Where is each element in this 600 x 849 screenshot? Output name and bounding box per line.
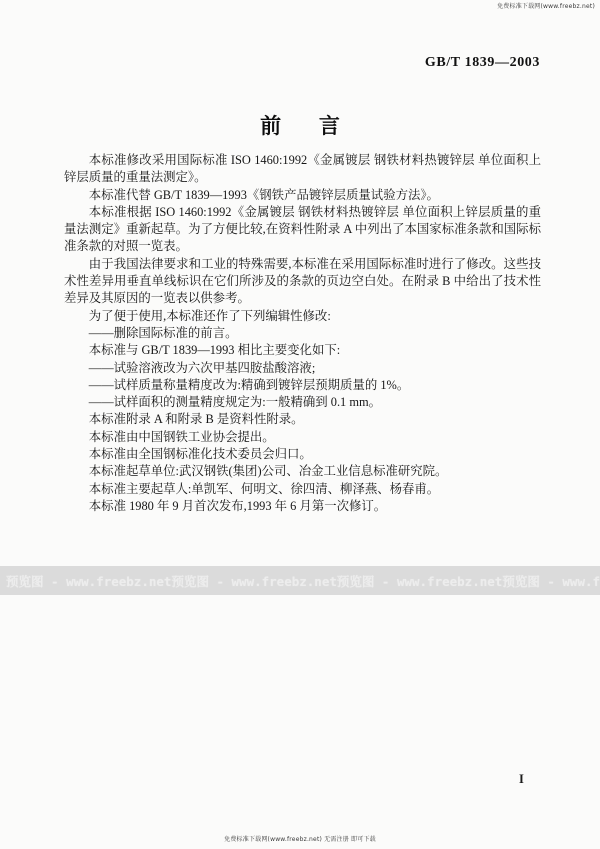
foreword-paragraph: 本标准 1980 年 9 月首次发布,1993 年 6 月第一次修订。 (64, 498, 541, 515)
foreword-body: 本标准修改采用国际标准 ISO 1460:1992《金属镀层 钢铁材料热镀锌层 … (64, 152, 541, 515)
page-title: 前言 (0, 110, 600, 140)
standard-number: GB/T 1839—2003 (425, 55, 540, 71)
preview-watermark-text: 预览图 - www.freebz.net (337, 572, 502, 590)
page-number: I (519, 772, 524, 787)
top-site-watermark: 免费标准下载网(www.freebz.net) (497, 3, 595, 11)
foreword-paragraph: 本标准由全国钢标准化技术委员会归口。 (64, 446, 541, 463)
foreword-paragraph: 本标准起草单位:武汉钢铁(集团)公司、冶金工业信息标准研究院。 (64, 463, 541, 480)
foreword-paragraph: 本标准主要起草人:单凯军、何明文、徐四清、柳泽燕、杨春甫。 (64, 481, 541, 498)
preview-watermark-band: 预览图 - www.freebz.net 预览图 - www.freebz.ne… (0, 566, 600, 595)
foreword-paragraph: 本标准代替 GB/T 1839—1993《钢铁产品镀锌层质量试验方法》。 (64, 187, 541, 204)
scanned-standard-page: 免费标准下载网(www.freebz.net) GB/T 1839—2003 前… (0, 0, 600, 849)
foreword-bullet: ——试样面积的测量精度规定为:一般精确到 0.1 mm。 (64, 394, 541, 411)
foreword-bullet: ——删除国际标准的前言。 (64, 325, 541, 342)
preview-watermark-text: 预览图 - www.freebz.net (171, 572, 336, 590)
foreword-paragraph: 为了便于使用,本标准还作了下列编辑性修改: (64, 308, 541, 325)
foreword-paragraph: 本标准修改采用国际标准 ISO 1460:1992《金属镀层 钢铁材料热镀锌层 … (64, 152, 541, 187)
foreword-paragraph: 由于我国法律要求和工业的特殊需要,本标准在采用国际标准时进行了修改。这些技术性差… (64, 256, 541, 308)
foreword-bullet: ——试样质量称量精度改为:精确到镀锌层预期质量的 1%。 (64, 377, 541, 394)
foreword-paragraph: 本标准与 GB/T 1839—1993 相比主要变化如下: (64, 342, 541, 359)
foreword-paragraph: 本标准根据 ISO 1460:1992《金属镀层 钢铁材料热镀锌层 单位面积上锌… (64, 204, 541, 256)
preview-watermark-text: 预览图 - www.freebz.net (502, 572, 600, 590)
foreword-bullet: ——试验溶液改为六次甲基四胺盐酸溶液; (64, 360, 541, 377)
bottom-site-watermark: 免费标准下载网(www.freebz.net) 无需注册 即可下载 (0, 836, 600, 844)
preview-watermark-text: 预览图 - www.freebz.net (6, 572, 171, 590)
foreword-paragraph: 本标准由中国钢铁工业协会提出。 (64, 429, 541, 446)
foreword-paragraph: 本标准附录 A 和附录 B 是资料性附录。 (64, 411, 541, 428)
